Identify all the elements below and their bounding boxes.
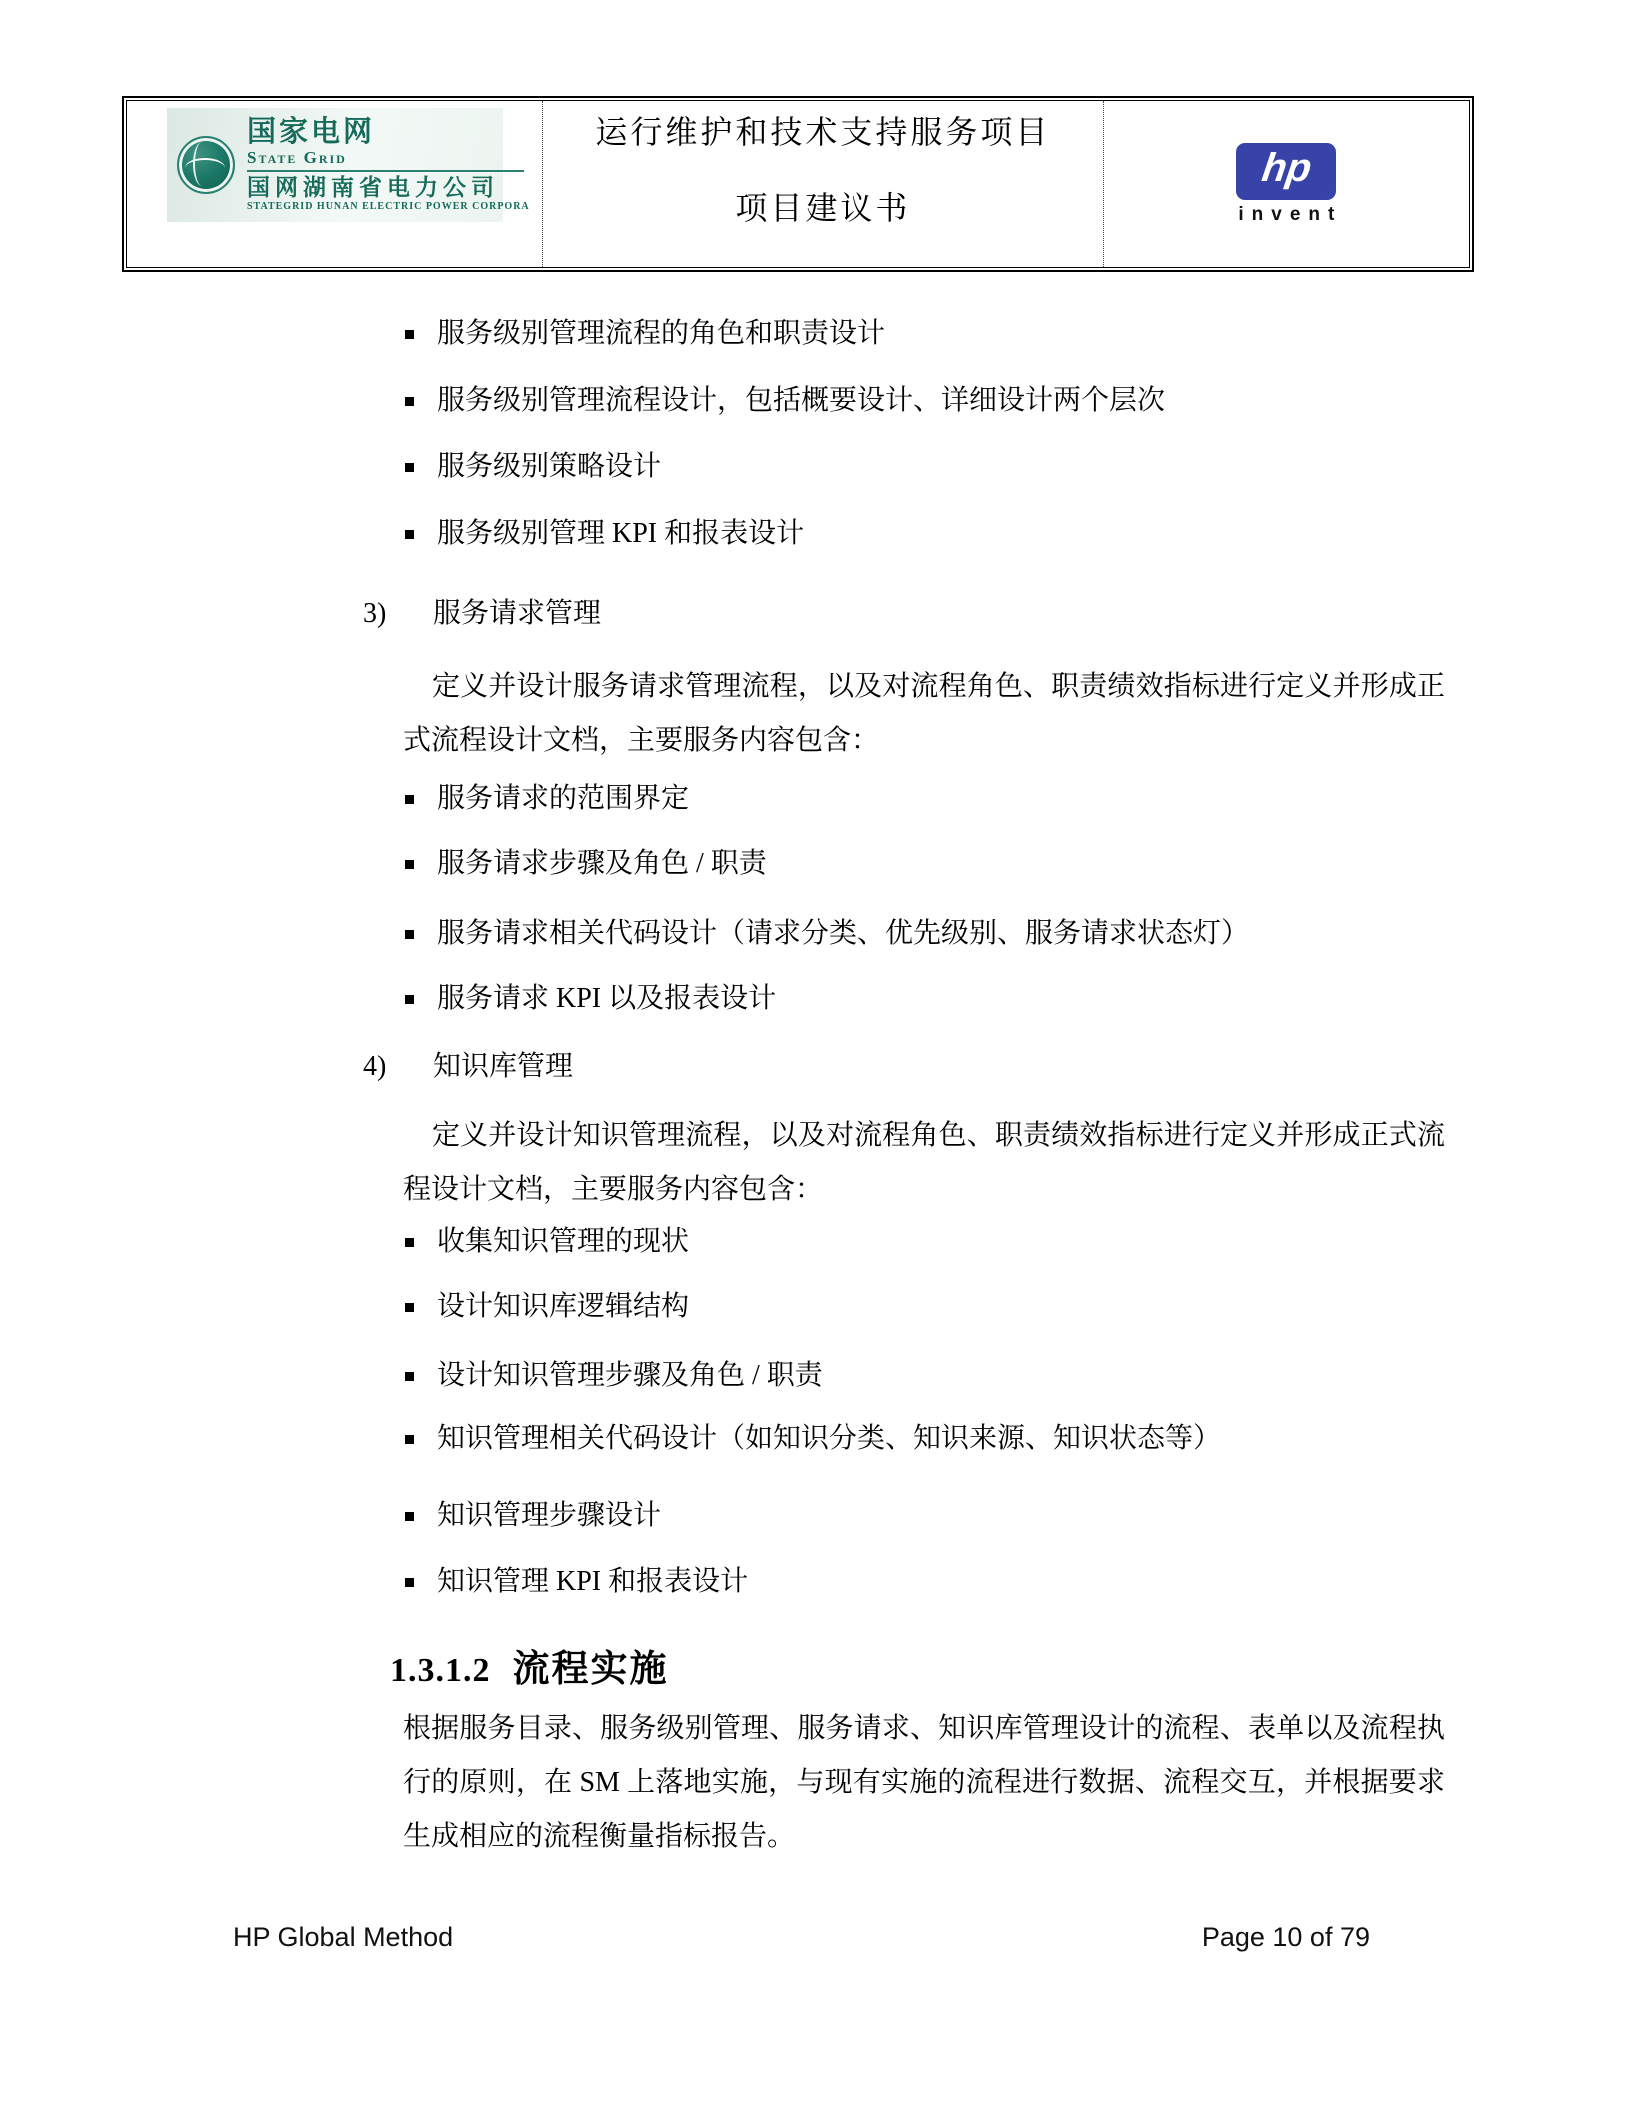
bullet-square-icon [405, 1372, 414, 1381]
section-number: 3) [363, 597, 433, 631]
bullet-item: 服务级别管理流程的角色和职责设计 [405, 317, 885, 351]
section-number: 4) [363, 1050, 433, 1084]
implementation-paragraph: 根据服务目录、服务级别管理、服务请求、知识库管理设计的流程、表单以及流程执行的原… [403, 1702, 1445, 1864]
bullet-square-icon [405, 1435, 414, 1444]
bullet-square-icon [405, 397, 414, 406]
bullet-text: 设计知识管理步骤及角色 / 职责 [437, 1359, 823, 1393]
bullet-item: 知识管理相关代码设计（如知识分类、知识来源、知识状态等） [405, 1422, 1221, 1456]
document-title-line2: 项目建议书 [735, 190, 910, 226]
bullet-text: 服务请求的范围界定 [437, 782, 689, 816]
bullet-item: 服务请求的范围界定 [405, 782, 689, 816]
subsection-heading: 1.3.1.2流程实施 [390, 1638, 669, 1692]
bullet-square-icon [405, 860, 414, 869]
bullet-square-icon [405, 795, 414, 804]
bullet-text: 知识管理步骤设计 [437, 1499, 661, 1533]
bullet-square-icon [405, 330, 414, 339]
header-cell-hp: hp invent [1103, 101, 1469, 267]
bullet-item: 设计知识管理步骤及角色 / 职责 [405, 1359, 823, 1393]
state-grid-subsidiary-en: STATEGRID HUNAN ELECTRIC POWER CORPORA [247, 201, 530, 213]
bullet-square-icon [405, 530, 414, 539]
section-title: 知识库管理 [433, 1051, 573, 1082]
footer-page-number: Page 10 of 79 [1202, 1922, 1370, 1953]
bullet-square-icon [405, 463, 414, 472]
bullet-item: 服务请求 KPI 以及报表设计 [405, 982, 776, 1016]
state-grid-cn-name: 国家电网 [247, 117, 530, 148]
state-grid-logo: 国家电网 State Grid 国网湖南省电力公司 STATEGRID HUNA… [167, 108, 503, 222]
bullet-square-icon [405, 995, 414, 1004]
numbered-section-header: 4)知识库管理 [363, 1050, 573, 1084]
state-grid-emblem-icon [177, 136, 235, 194]
subsection-heading-number: 1.3.1.2 [390, 1652, 491, 1689]
bullet-text: 服务级别管理流程设计，包括概要设计、详细设计两个层次 [437, 384, 1165, 418]
state-grid-text: 国家电网 State Grid 国网湖南省电力公司 STATEGRID HUNA… [247, 117, 530, 213]
header-cell-state-grid: 国家电网 State Grid 国网湖南省电力公司 STATEGRID HUNA… [127, 101, 542, 267]
bullet-square-icon [405, 1512, 414, 1521]
bullet-item: 知识管理 KPI 和报表设计 [405, 1565, 748, 1599]
bullet-text: 知识管理 KPI 和报表设计 [437, 1565, 748, 1599]
bullet-item: 服务级别管理 KPI 和报表设计 [405, 517, 804, 551]
subsection-heading-title: 流程实施 [513, 1649, 669, 1690]
page-header-inner: 国家电网 State Grid 国网湖南省电力公司 STATEGRID HUNA… [126, 100, 1470, 268]
state-grid-divider [247, 170, 524, 172]
document-page: 国家电网 State Grid 国网湖南省电力公司 STATEGRID HUNA… [0, 0, 1632, 2112]
document-title-line1: 运行维护和技术支持服务项目 [595, 114, 1050, 150]
bullet-text: 服务请求 KPI 以及报表设计 [437, 982, 776, 1016]
bullet-square-icon [405, 1238, 414, 1247]
bullet-text: 服务请求步骤及角色 / 职责 [437, 847, 767, 881]
section-paragraph: 定义并设计知识管理流程，以及对流程角色、职责绩效指标进行定义并形成正式流程设计文… [403, 1109, 1445, 1217]
hp-invent-tagline: invent [1230, 204, 1342, 226]
bullet-text: 服务级别管理流程的角色和职责设计 [437, 317, 885, 351]
bullet-text: 服务级别管理 KPI 和报表设计 [437, 517, 804, 551]
footer-method-label: HP Global Method [233, 1922, 453, 1953]
section-paragraph: 定义并设计服务请求管理流程，以及对流程角色、职责绩效指标进行定义并形成正式流程设… [403, 660, 1445, 768]
bullet-text: 设计知识库逻辑结构 [437, 1290, 689, 1324]
bullet-item: 服务请求相关代码设计（请求分类、优先级别、服务请求状态灯） [405, 917, 1249, 951]
header-cell-title: 运行维护和技术支持服务项目 项目建议书 [542, 101, 1103, 267]
bullet-item: 服务级别策略设计 [405, 450, 661, 484]
hp-logo-glyph: hp [1259, 148, 1314, 194]
page-header-table: 国家电网 State Grid 国网湖南省电力公司 STATEGRID HUNA… [122, 96, 1474, 272]
state-grid-subsidiary-cn: 国网湖南省电力公司 [247, 175, 530, 201]
bullet-item: 设计知识库逻辑结构 [405, 1290, 689, 1324]
bullet-item: 服务请求步骤及角色 / 职责 [405, 847, 767, 881]
state-grid-en-name: State Grid [247, 148, 530, 167]
bullet-item: 收集知识管理的现状 [405, 1225, 689, 1259]
bullet-square-icon [405, 1303, 414, 1312]
bullet-text: 服务请求相关代码设计（请求分类、优先级别、服务请求状态灯） [437, 917, 1249, 951]
bullet-text: 收集知识管理的现状 [437, 1225, 689, 1259]
hp-logo-icon: hp [1236, 143, 1336, 200]
bullet-item: 知识管理步骤设计 [405, 1499, 661, 1533]
bullet-square-icon [405, 1578, 414, 1587]
bullet-item: 服务级别管理流程设计，包括概要设计、详细设计两个层次 [405, 384, 1165, 418]
bullet-text: 服务级别策略设计 [437, 450, 661, 484]
numbered-section-header: 3)服务请求管理 [363, 597, 601, 631]
bullet-square-icon [405, 930, 414, 939]
section-title: 服务请求管理 [433, 598, 601, 629]
bullet-text: 知识管理相关代码设计（如知识分类、知识来源、知识状态等） [437, 1422, 1221, 1456]
